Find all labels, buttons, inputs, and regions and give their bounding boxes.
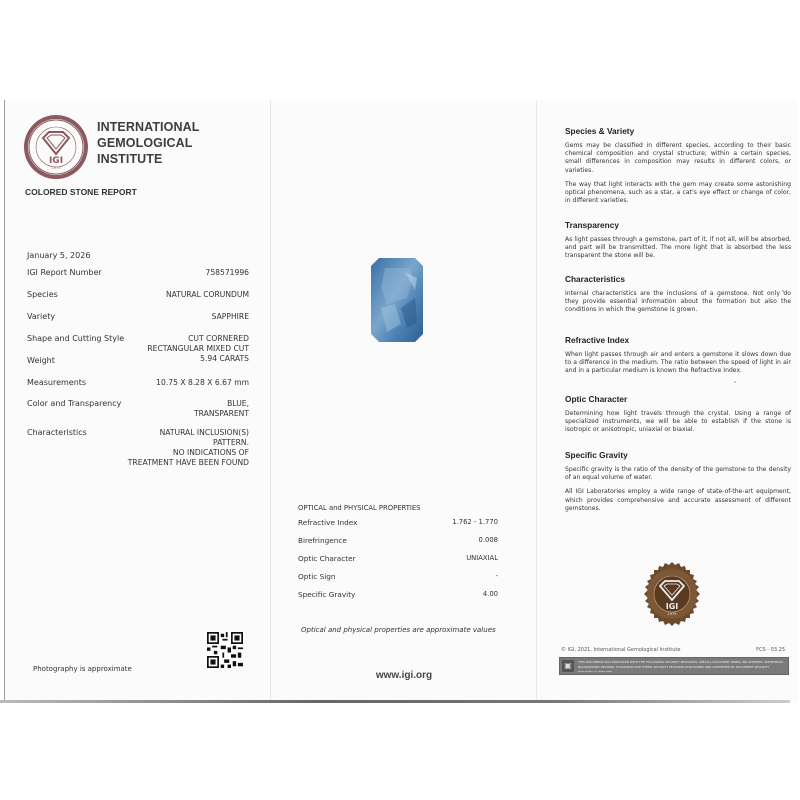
paper-speck (734, 381, 736, 383)
field-value: 10.75 X 8.28 X 6.67 mm (156, 378, 249, 388)
igi-gold-seal-icon: IGI 1975 (640, 562, 704, 626)
property-row: Optic Sign- (298, 572, 498, 581)
report-panel-properties: OPTICAL and PHYSICAL PROPERTIES Refracti… (270, 100, 537, 700)
section-text: All IGI Laboratories employ a wide range… (565, 488, 791, 513)
field-value: 758571996 (206, 268, 249, 278)
property-label: Specific Gravity (298, 590, 355, 599)
security-text: THIS DOCUMENT WAS PRODUCED WITH THE FOLL… (578, 660, 784, 672)
svg-text:1975: 1975 (52, 166, 61, 170)
property-value: UNIAXIAL (466, 554, 498, 562)
field-label: Shape and Cutting Style (27, 334, 124, 343)
property-row: Refractive Index1.762 - 1.770 (298, 518, 498, 527)
property-row: Optic CharacterUNIAXIAL (298, 554, 498, 563)
field-label: Measurements (27, 378, 86, 387)
section-text: The way that light interacts with the ge… (565, 181, 791, 206)
lock-icon: ▣ (562, 660, 574, 672)
section-heading: Specific Gravity (565, 450, 791, 460)
field-value: NATURAL CORUNDUM (166, 290, 249, 300)
section-text: Specific gravity is the ratio of the den… (565, 466, 791, 482)
field-label: Color and Transparency (27, 399, 121, 408)
info-section-optic-character: Optic Character Determining how light tr… (565, 394, 791, 441)
sheet-edge (0, 700, 790, 703)
field-label: Characteristics (27, 428, 87, 437)
svg-text:IGI: IGI (666, 602, 679, 611)
field-label: Weight (27, 356, 55, 365)
info-section-characteristics: Characteristics Internal characteristics… (565, 274, 791, 321)
website-link[interactable]: www.igi.org (271, 670, 537, 681)
copyright-notice: © IGI, 2021, International Gemological I… (561, 647, 680, 653)
report-date: January 5, 2026 (27, 251, 90, 260)
property-label: Refractive Index (298, 518, 357, 527)
section-text: Gems may be classified in different spec… (565, 142, 791, 175)
field-label: IGI Report Number (27, 268, 102, 277)
property-value: 0.008 (479, 536, 498, 544)
brand-line: INTERNATIONAL (97, 119, 199, 135)
report-panel-details: IGI 1975 INTERNATIONAL GEMOLOGICAL INSTI… (4, 100, 263, 700)
brand-line: GEMOLOGICAL (97, 135, 199, 151)
info-section-refractive-index: Refractive Index When light passes throu… (565, 335, 791, 382)
section-heading: Optic Character (565, 394, 791, 404)
qr-code-icon[interactable] (207, 632, 243, 668)
section-text: Internal characteristics are the inclusi… (565, 290, 791, 315)
brand-name: INTERNATIONAL GEMOLOGICAL INSTITUTE (97, 119, 199, 167)
property-value: 1.762 - 1.770 (452, 518, 498, 526)
field-label: Variety (27, 312, 55, 321)
property-label: Birefringence (298, 536, 347, 545)
gemstone-photo (371, 258, 423, 342)
section-heading: Characteristics (565, 274, 791, 284)
svg-text:1975: 1975 (668, 612, 677, 616)
report-title: COLORED STONE REPORT (25, 187, 137, 197)
property-value: - (496, 572, 498, 580)
section-heading: Species & Variety (565, 126, 791, 136)
property-row: Birefringence0.008 (298, 536, 498, 545)
section-heading: Refractive Index (565, 335, 791, 345)
field-value: NATURAL INCLUSION(S) PATTERN. NO INDICAT… (128, 428, 249, 468)
section-text: As light passes through a gemstone, part… (565, 236, 791, 261)
security-banner: ▣ THIS DOCUMENT WAS PRODUCED WITH THE FO… (559, 657, 789, 675)
property-label: Optic Sign (298, 572, 336, 581)
field-value: BLUE, TRANSPARENT (194, 399, 249, 419)
info-section-specific-gravity: Specific Gravity Specific gravity is the… (565, 450, 791, 519)
photography-note: Photography is approximate (33, 665, 132, 673)
section-heading: Transparency (565, 220, 791, 230)
field-label: Species (27, 290, 58, 299)
info-section-transparency: Transparency As light passes through a g… (565, 220, 791, 267)
section-text: When light passes through air and enters… (565, 351, 791, 376)
info-section-species-variety: Species & Variety Gems may be classified… (565, 126, 791, 211)
field-value: CUT CORNERED RECTANGULAR MIXED CUT (147, 334, 249, 354)
report-panel-info: Species & Variety Gems may be classified… (536, 100, 799, 700)
property-row: Specific Gravity4.00 (298, 590, 498, 599)
igi-seal-icon: IGI 1975 (23, 114, 89, 180)
properties-note: Optical and physical properties are appr… (301, 626, 496, 634)
brand-line: INSTITUTE (97, 151, 199, 167)
form-code: FCS - 03.25 (756, 647, 785, 653)
section-text: Determining how light travels through th… (565, 410, 791, 435)
field-value: SAPPHIRE (212, 312, 249, 322)
properties-title: OPTICAL and PHYSICAL PROPERTIES (298, 504, 420, 512)
paper-speck (782, 290, 784, 292)
field-value: 5.94 CARATS (200, 354, 249, 364)
property-value: 4.00 (483, 590, 498, 598)
property-label: Optic Character (298, 554, 356, 563)
svg-text:IGI: IGI (49, 156, 63, 166)
